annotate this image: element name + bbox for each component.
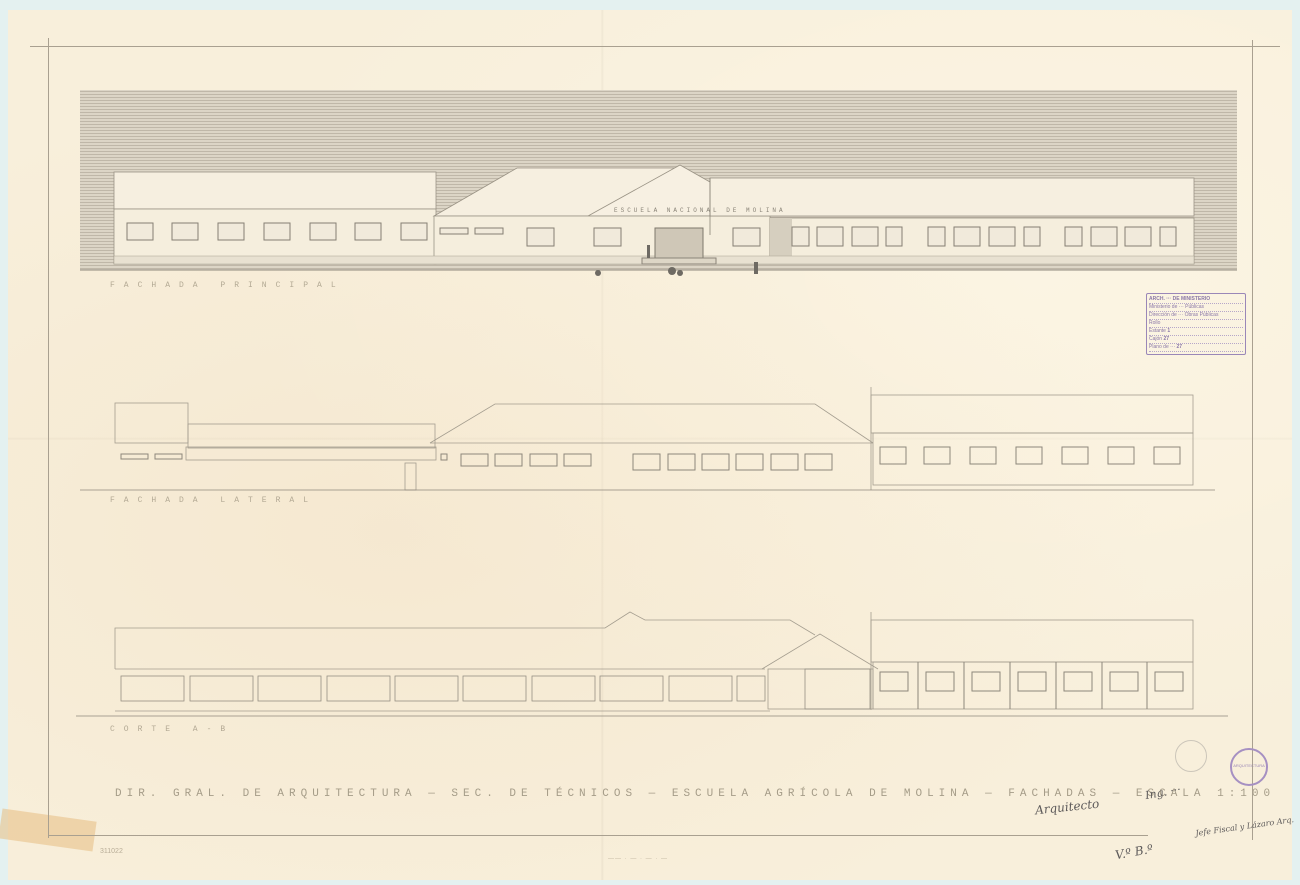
side-facade-elevation <box>80 387 1215 490</box>
stamp-field: Cajón 27 <box>1149 336 1243 344</box>
pencil-note: —— · — · — · — <box>608 856 668 862</box>
stamp-line3: Dirección de ··· Obras Públicas <box>1149 312 1243 320</box>
stamp-field: Plano de ··· 27 <box>1149 344 1243 352</box>
stamp-line2: Ministerio de ··· Públicas <box>1149 304 1243 312</box>
archive-stamp: ARCH. ··· DE MINISTERIO Ministerio de ··… <box>1146 293 1246 355</box>
embossed-seal <box>1175 740 1207 772</box>
stamp-field: Estante 1 <box>1149 328 1243 336</box>
main-facade-elevation: ESCUELA NACIONAL DE MOLINA <box>80 90 1237 276</box>
label-side-facade: FACHADA LATERAL <box>110 496 317 505</box>
label-section: CORTE A-B <box>110 725 234 734</box>
stamp-header: ARCH. ··· DE MINISTERIO <box>1149 296 1243 304</box>
section-elevation <box>76 612 1228 716</box>
catalog-number: 311022 <box>100 848 123 855</box>
ink-seal: ARQUITECTURA <box>1230 748 1268 786</box>
stamp-field: Rollo <box>1149 320 1243 328</box>
elevations-drawing: ESCUELA NACIONAL DE MOLINA <box>0 0 1300 885</box>
svg-text:ESCUELA NACIONAL DE MOLINA: ESCUELA NACIONAL DE MOLINA <box>614 207 786 214</box>
label-main-facade: FACHADA PRINCIPAL <box>110 281 345 290</box>
title-block: DIR. GRAL. DE ARQUITECTURA — SEC. DE TÉC… <box>115 788 1275 800</box>
